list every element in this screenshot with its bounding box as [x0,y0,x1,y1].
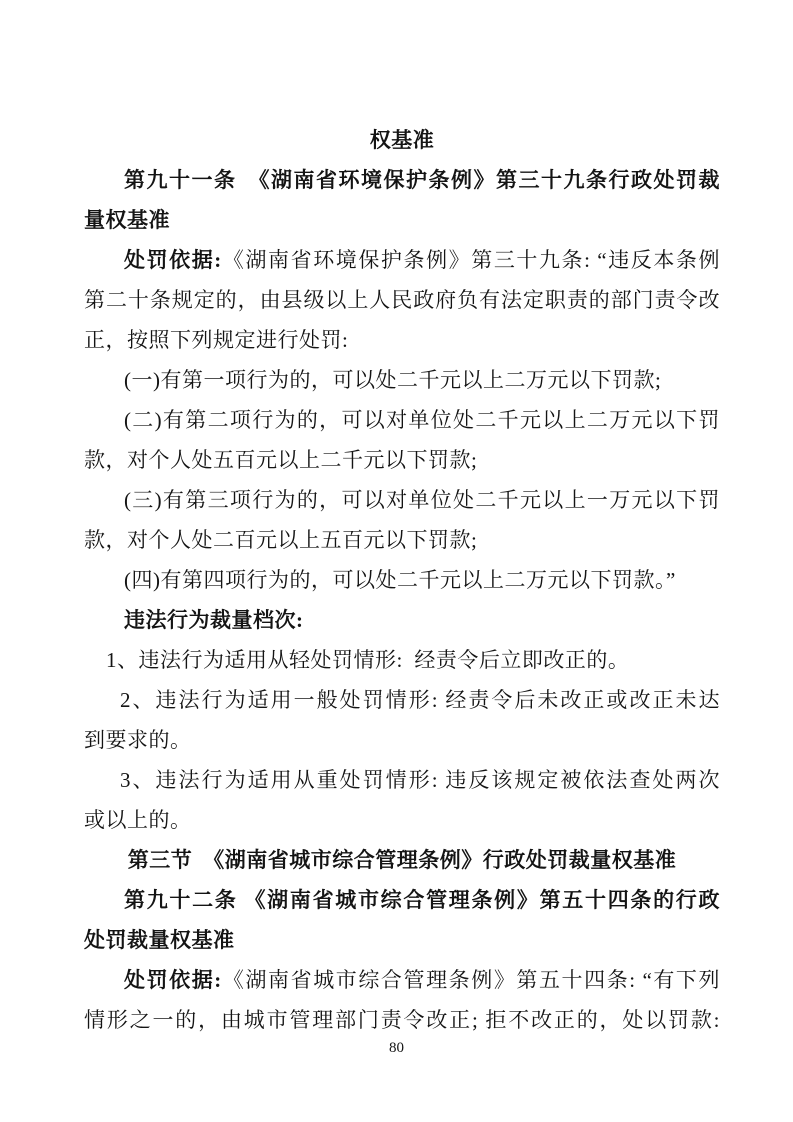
clause-item-2-line-1: (二)有第二项行为的，可以对单位处二千元以上二万元以下罚 [84,400,720,440]
article-92-heading-line-1: 第九十二条 《湖南省城市综合管理条例》第五十四条的行政 [84,880,720,920]
discretion-level-2-line-2: 到要求的。 [84,720,720,760]
page-number: 80 [0,1036,793,1060]
article-91-heading-line-2: 量权基准 [84,200,720,240]
penalty-basis-label: 处罚依据: [124,968,222,992]
penalty-basis-91-line-3: 正，按照下列规定进行处罚: [84,320,720,360]
penalty-basis-text: 《湖南省环境保护条例》第三十九条: “违反本条例 [222,248,720,272]
discretion-level-3-line-2: 或以上的。 [84,800,720,840]
discretion-level-2-line-1: 2、违法行为适用一般处罚情形: 经责令后未改正或改正未达 [84,680,720,720]
penalty-basis-92-line-1: 处罚依据:《湖南省城市综合管理条例》第五十四条: “有下列 [84,960,720,1000]
penalty-basis-92-line-2: 情形之一的，由城市管理部门责令改正; 拒不改正的，处以罚款: [84,1000,720,1040]
clause-item-2-line-2: 款，对个人处五百元以上二千元以下罚款; [84,440,720,480]
discretion-level-1: 1、违法行为适用从轻处罚情形: 经责令后立即改正的。 [84,640,720,680]
penalty-basis-91-line-1: 处罚依据:《湖南省环境保护条例》第三十九条: “违反本条例 [84,240,720,280]
penalty-basis-label: 处罚依据: [124,248,222,272]
document-body: 权基准 第九十一条 《湖南省环境保护条例》第三十九条行政处罚裁 量权基准 处罚依… [84,120,720,1040]
discretion-levels-label: 违法行为裁量档次: [84,600,720,640]
article-92-heading-line-2: 处罚裁量权基准 [84,920,720,960]
article-91-heading-line-1: 第九十一条 《湖南省环境保护条例》第三十九条行政处罚裁 [84,160,720,200]
section-3-heading: 第三节 《湖南省城市综合管理条例》行政处罚裁量权基准 [84,840,720,880]
clause-item-3-line-2: 款，对个人处二百元以上五百元以下罚款; [84,520,720,560]
penalty-basis-text: 《湖南省城市综合管理条例》第五十四条: “有下列 [222,968,720,992]
clause-item-4: (四)有第四项行为的，可以处二千元以上二万元以下罚款。” [84,560,720,600]
clause-item-1: (一)有第一项行为的，可以处二千元以上二万元以下罚款; [84,360,720,400]
document-page: 权基准 第九十一条 《湖南省环境保护条例》第三十九条行政处罚裁 量权基准 处罚依… [0,0,793,1122]
discretion-level-3-line-1: 3、违法行为适用从重处罚情形: 违反该规定被依法查处两次 [84,760,720,800]
section-heading-tail: 权基准 [84,120,720,160]
penalty-basis-91-line-2: 第二十条规定的，由县级以上人民政府负有法定职责的部门责令改 [84,280,720,320]
clause-item-3-line-1: (三)有第三项行为的，可以对单位处二千元以上一万元以下罚 [84,480,720,520]
